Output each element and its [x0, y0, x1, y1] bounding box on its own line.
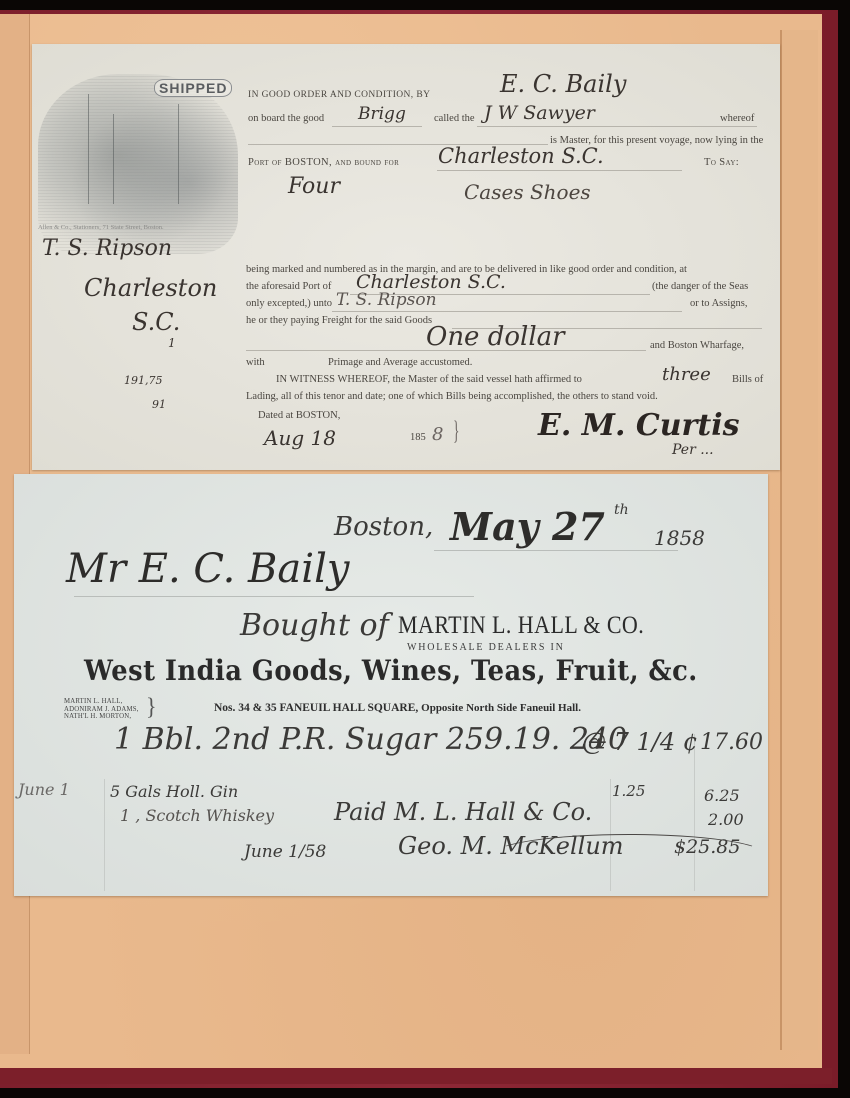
bought-of-script: Bought of	[240, 608, 389, 643]
partner-name: MARTIN L. HALL,	[64, 698, 139, 706]
invoice-date-handwritten: May 27	[450, 504, 605, 549]
business-address: Nos. 34 & 35 FANEUIL HALL SQUARE, Opposi…	[214, 702, 581, 714]
margin-column-line	[104, 779, 105, 891]
destination-handwritten: Charleston S.C.	[438, 144, 604, 168]
partners-list: MARTIN L. HALL, ADONIRAM J. ADAMS, NATH'…	[64, 698, 139, 721]
line-item-rate: @ 7 1/4 ¢	[582, 728, 698, 756]
bills-count-handwritten: three	[662, 364, 711, 385]
paid-receipt-note: Paid M. L. Hall & Co.	[334, 798, 592, 826]
printed-bills-of: Bills of	[732, 374, 763, 385]
bottom-binding-edge	[0, 1068, 832, 1084]
printed-on-board: on board the good	[248, 113, 324, 124]
paid-by-signature: Geo. M. McKellum	[398, 832, 624, 860]
quantity-handwritten: Four	[288, 174, 340, 199]
trade-goods-line: West India Goods, Wines, Teas, Fruit, &c…	[84, 654, 698, 687]
printed-called-the: called the	[434, 113, 475, 124]
master-signature-per: Per ...	[672, 442, 714, 458]
printed-danger-of-seas: (the danger of the Seas	[652, 281, 748, 292]
addressee-script: Mr E. C. Baily	[66, 546, 349, 592]
printed-aforesaid-port: the aforesaid Port of	[246, 281, 331, 292]
invoice-martin-l-hall: Boston, May 27 th 1858 Mr E. C. Baily Bo…	[14, 474, 768, 896]
printed-to-say: To Say:	[704, 157, 739, 168]
page-right-margin	[782, 30, 818, 1050]
partner-name: ADONIRAM J. ADAMS,	[64, 706, 139, 714]
invoice-date-suffix: th	[614, 502, 629, 518]
company-name: MARTIN L. HALL & CO.	[398, 612, 644, 640]
year-brace: }	[453, 416, 459, 446]
printed-only-excepted: only excepted,) unto	[246, 298, 332, 309]
vessel-type-handwritten: Brigg	[358, 104, 406, 124]
margin-mark-handwritten: 1	[168, 336, 176, 350]
place-boston-script: Boston,	[334, 512, 433, 542]
freight-handwritten: One dollar	[426, 322, 565, 352]
margin-state-handwritten: S.C.	[132, 308, 180, 336]
address-street: Nos. 34 & 35 FANEUIL HALL SQUARE,	[214, 702, 418, 714]
printed-port-of-boston: Port of BOSTON, and bound for	[248, 157, 399, 168]
consignee-handwritten: T. S. Ripson	[336, 290, 437, 310]
printed-lading-tenor: Lading, all of this tenor and date; one …	[246, 391, 658, 402]
line-item-rate: 1.25	[612, 782, 645, 800]
partner-name: NATH'L H. MORTON,	[64, 713, 139, 721]
printed-paying-freight: he or they paying Freight for the said G…	[246, 315, 432, 326]
invoice-year: 1858	[654, 526, 705, 550]
wholesale-dealers-line: WHOLESALE DEALERS IN	[407, 642, 565, 653]
printed-year-prefix: 185	[410, 432, 426, 443]
vessel-name-handwritten: J W Sawyer	[484, 102, 595, 124]
printed-boston-wharfage: and Boston Wharfage,	[650, 340, 744, 351]
shipped-badge: SHIPPED	[154, 79, 232, 97]
printed-primage: Primage and Average accustomed.	[328, 357, 472, 368]
printed-or-to-assigns: or to Assigns,	[690, 298, 747, 309]
paid-date: June 1/58	[244, 842, 326, 862]
date-handwritten: Aug 18	[264, 426, 336, 450]
partners-brace: }	[146, 695, 157, 719]
line-item-amount: 6.25	[704, 786, 740, 805]
line-item-description: 1 , Scotch Whiskey	[120, 806, 274, 825]
invoice-total: $25.85	[674, 836, 740, 858]
printed-with: with	[246, 357, 265, 368]
bill-of-lading: SHIPPED Allen & Co., Stationers, 71 Stat…	[32, 44, 780, 470]
line-item-margin-date: June 1	[18, 780, 70, 799]
shipper-handwritten: E. C. Baily	[500, 70, 626, 98]
address-landmark: Opposite North Side Faneuil Hall.	[421, 702, 581, 714]
line-item-description: 5 Gals Holl. Gin	[110, 782, 238, 801]
printed-in-witness: IN WITNESS WHEREOF, the Master of the sa…	[276, 374, 582, 385]
engraver-credit: Allen & Co., Stationers, 71 State Street…	[38, 224, 164, 231]
line-item-amount: 17.60	[700, 730, 763, 755]
master-signature: E. M. Curtis	[538, 408, 740, 443]
line-item-description: 1 Bbl. 2nd P.R. Sugar 259.19. 240	[114, 722, 627, 757]
printed-whereof: whereof	[720, 113, 754, 124]
year-handwritten: 8	[432, 424, 443, 445]
printed-good-order: IN GOOD ORDER AND CONDITION, BY	[248, 90, 430, 100]
margin-figure-1: 191,75	[124, 374, 163, 387]
margin-city-handwritten: Charleston	[84, 274, 217, 302]
printed-dated-at-boston: Dated at BOSTON,	[258, 410, 340, 421]
margin-consignee-handwritten: T. S. Ripson	[42, 236, 172, 261]
page-fold-line	[780, 30, 782, 1050]
line-item-amount: 2.00	[708, 810, 744, 829]
goods-handwritten: Cases Shoes	[464, 180, 591, 204]
margin-figure-2: 91	[152, 398, 166, 411]
